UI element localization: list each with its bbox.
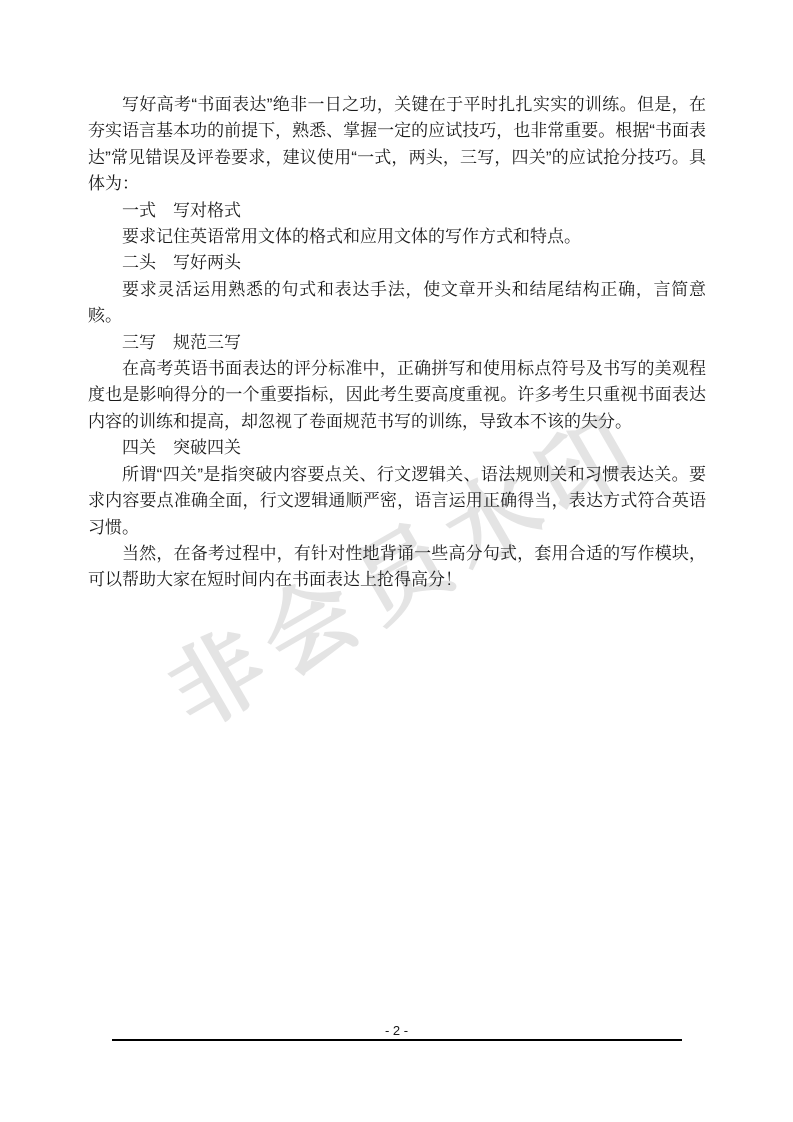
body-paragraph-three-xie: 在高考英语书面表达的评分标准中，正确拼写和使用标点符号及书写的美观程度也是影响得…: [88, 356, 706, 435]
body-heading-two-tou: 二头 写好两头: [88, 250, 706, 276]
body-paragraph-intro: 写好高考“书面表达”绝非一日之功，关键在于平时扎扎实实的训练。但是，在夯实语言基…: [88, 92, 706, 198]
footer-divider-line: [112, 1039, 682, 1041]
body-heading-four-guan: 四关 突破四关: [88, 435, 706, 461]
page-number: - 2 -: [0, 1023, 793, 1038]
body-paragraph-one-shi: 要求记住英语常用文体的格式和应用文体的写作方式和特点。: [88, 224, 706, 250]
document-body: 写好高考“书面表达”绝非一日之功，关键在于平时扎扎实实的训练。但是，在夯实语言基…: [88, 92, 706, 594]
body-paragraph-four-guan: 所谓“四关”是指突破内容要点关、行文逻辑关、语法规则关和习惯表达关。要求内容要点…: [88, 462, 706, 541]
body-paragraph-closing: 当然，在备考过程中，有针对性地背诵一些高分句式，套用合适的写作模块，可以帮助大家…: [88, 541, 706, 594]
body-heading-three-xie: 三写 规范三写: [88, 330, 706, 356]
body-heading-one-shi: 一式 写对格式: [88, 198, 706, 224]
document-page: 非会员水印 写好高考“书面表达”绝非一日之功，关键在于平时扎扎实实的训练。但是，…: [0, 0, 793, 1122]
body-paragraph-two-tou: 要求灵活运用熟悉的句式和表达手法，使文章开头和结尾结构正确，言简意赅。: [88, 277, 706, 330]
